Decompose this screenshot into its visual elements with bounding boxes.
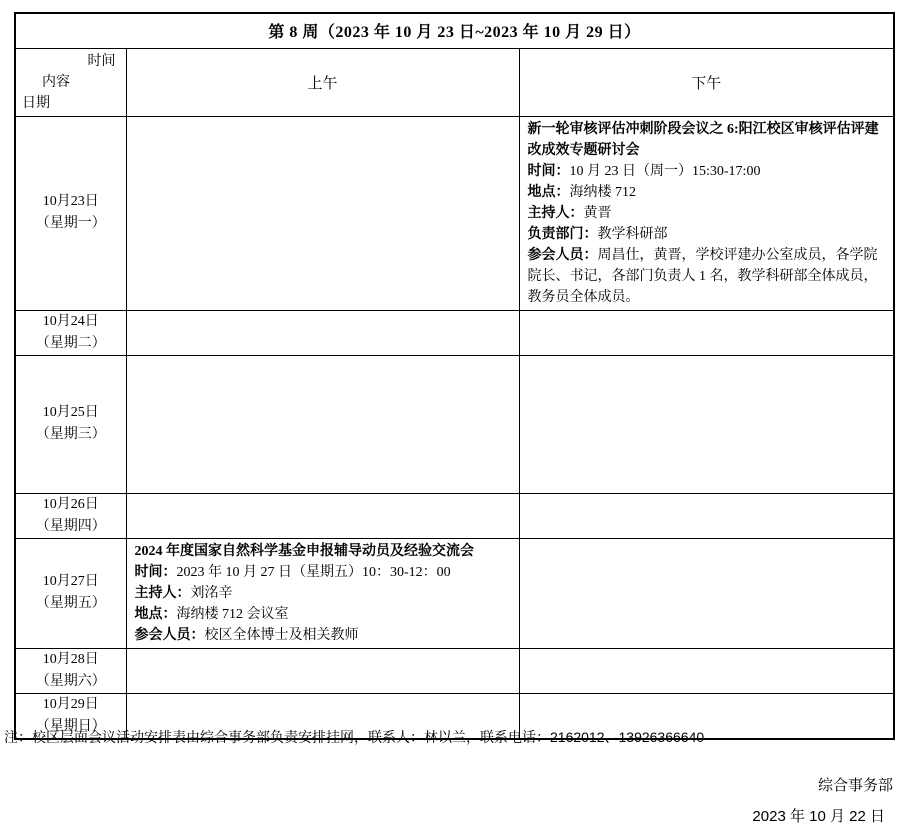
date-cell: 10月28日（星期六） — [15, 648, 126, 693]
weekday-label: （星期一） — [16, 213, 126, 235]
afternoon-cell — [519, 310, 894, 355]
table-title: 第 8 周（2023 年 10 月 23 日~2023 年 10 月 29 日） — [15, 13, 894, 48]
event-field-value: 黄晋 — [584, 206, 612, 221]
event-title: 2024 年度国家自然科学基金申报辅导动员及经验交流会 — [135, 541, 513, 562]
date-cell: 10月24日（星期二） — [15, 310, 126, 355]
morning-cell — [126, 116, 519, 310]
event: 新一轮审核评估冲刺阶段会议之 6:阳江校区审核评估评建改成效专题研讨会时间：10… — [528, 119, 888, 308]
morning-cell — [126, 648, 519, 693]
date-label: 10月25日 — [16, 402, 126, 424]
event-line: 主持人：黄晋 — [528, 203, 888, 224]
schedule-row: 10月28日（星期六） — [15, 648, 894, 693]
date-cell: 10月25日（星期三） — [15, 355, 126, 493]
schedule-row: 10月26日（星期四） — [15, 493, 894, 538]
schedule-row: 10月25日（星期三） — [15, 355, 894, 493]
morning-cell — [126, 310, 519, 355]
date-cell: 10月27日（星期五） — [15, 538, 126, 648]
schedule-table: 第 8 周（2023 年 10 月 23 日~2023 年 10 月 29 日）… — [14, 12, 895, 740]
corner-label-content: 内容 — [20, 72, 122, 93]
signature-block: 综合事务部 2023 年 10 月 22 日 — [752, 770, 893, 832]
afternoon-column-header: 下午 — [519, 48, 894, 116]
weekday-label: （星期二） — [16, 333, 126, 355]
event-field-label: 时间： — [528, 164, 570, 179]
signature-date: 2023 年 10 月 22 日 — [752, 801, 893, 832]
event-field-value: 校区全体博士及相关教师 — [205, 628, 359, 643]
event-field-label: 地点： — [135, 607, 177, 622]
footnote: 注：校区层面会议活动安排表由综合事务部负责安排挂网，联系人：林以兰，联系电话：2… — [4, 727, 704, 747]
weekly-schedule-page: 第 8 周（2023 年 10 月 23 日~2023 年 10 月 29 日）… — [0, 0, 910, 840]
signature-department: 综合事务部 — [752, 770, 893, 801]
event-line: 地点：海纳楼 712 会议室 — [135, 604, 513, 625]
event-field-label: 时间： — [135, 565, 177, 580]
afternoon-cell — [519, 538, 894, 648]
schedule-row: 10月23日（星期一）新一轮审核评估冲刺阶段会议之 6:阳江校区审核评估评建改成… — [15, 116, 894, 310]
weekday-label: （星期六） — [16, 671, 126, 693]
weekday-label: （星期五） — [16, 593, 126, 615]
date-label: 10月29日 — [16, 694, 126, 716]
corner-header-cell: 时间 内容 日期 — [15, 48, 126, 116]
afternoon-cell — [519, 355, 894, 493]
event-field-value: 海纳楼 712 — [570, 185, 637, 200]
morning-cell — [126, 493, 519, 538]
event-field-value: 海纳楼 712 会议室 — [177, 607, 289, 622]
weekday-label: （星期三） — [16, 424, 126, 446]
event-field-value: 刘洺辛 — [191, 586, 233, 601]
event-line: 负责部门：教学科研部 — [528, 224, 888, 245]
corner-label-time: 时间 — [20, 51, 122, 72]
date-label: 10月26日 — [16, 494, 126, 516]
event-line: 时间：10 月 23 日（周一）15:30-17:00 — [528, 161, 888, 182]
event-field-value: 2023 年 10 月 27 日（星期五）10：30-12：00 — [177, 565, 451, 580]
event-field-label: 参会人员： — [528, 248, 598, 263]
event-title: 新一轮审核评估冲刺阶段会议之 6:阳江校区审核评估评建改成效专题研讨会 — [528, 119, 888, 161]
morning-cell: 2024 年度国家自然科学基金申报辅导动员及经验交流会时间：2023 年 10 … — [126, 538, 519, 648]
event-field-label: 主持人： — [135, 586, 191, 601]
date-cell: 10月23日（星期一） — [15, 116, 126, 310]
event-field-label: 参会人员： — [135, 628, 205, 643]
corner-label-date: 日期 — [20, 93, 122, 114]
afternoon-cell — [519, 648, 894, 693]
date-label: 10月24日 — [16, 311, 126, 333]
event-line: 地点：海纳楼 712 — [528, 182, 888, 203]
event-line: 时间：2023 年 10 月 27 日（星期五）10：30-12：00 — [135, 562, 513, 583]
event-field-value: 10 月 23 日（周一）15:30-17:00 — [570, 164, 761, 179]
column-header-row: 时间 内容 日期 上午 下午 — [15, 48, 894, 116]
event-field-value: 教学科研部 — [598, 227, 668, 242]
date-label: 10月27日 — [16, 571, 126, 593]
title-row: 第 8 周（2023 年 10 月 23 日~2023 年 10 月 29 日） — [15, 13, 894, 48]
schedule-row: 10月27日（星期五）2024 年度国家自然科学基金申报辅导动员及经验交流会时间… — [15, 538, 894, 648]
date-cell: 10月26日（星期四） — [15, 493, 126, 538]
morning-cell — [126, 355, 519, 493]
afternoon-cell: 新一轮审核评估冲刺阶段会议之 6:阳江校区审核评估评建改成效专题研讨会时间：10… — [519, 116, 894, 310]
morning-column-header: 上午 — [126, 48, 519, 116]
date-label: 10月28日 — [16, 649, 126, 671]
date-label: 10月23日 — [16, 191, 126, 213]
event: 2024 年度国家自然科学基金申报辅导动员及经验交流会时间：2023 年 10 … — [135, 541, 513, 646]
event-field-label: 地点： — [528, 185, 570, 200]
schedule-row: 10月24日（星期二） — [15, 310, 894, 355]
event-line: 参会人员：校区全体博士及相关教师 — [135, 625, 513, 646]
event-field-label: 主持人： — [528, 206, 584, 221]
event-field-label: 负责部门： — [528, 227, 598, 242]
weekday-label: （星期四） — [16, 516, 126, 538]
event-line: 主持人：刘洺辛 — [135, 583, 513, 604]
event-line: 参会人员：周昌仕，黄晋，学校评建办公室成员，各学院院长、书记，各部门负责人 1 … — [528, 245, 888, 308]
afternoon-cell — [519, 493, 894, 538]
